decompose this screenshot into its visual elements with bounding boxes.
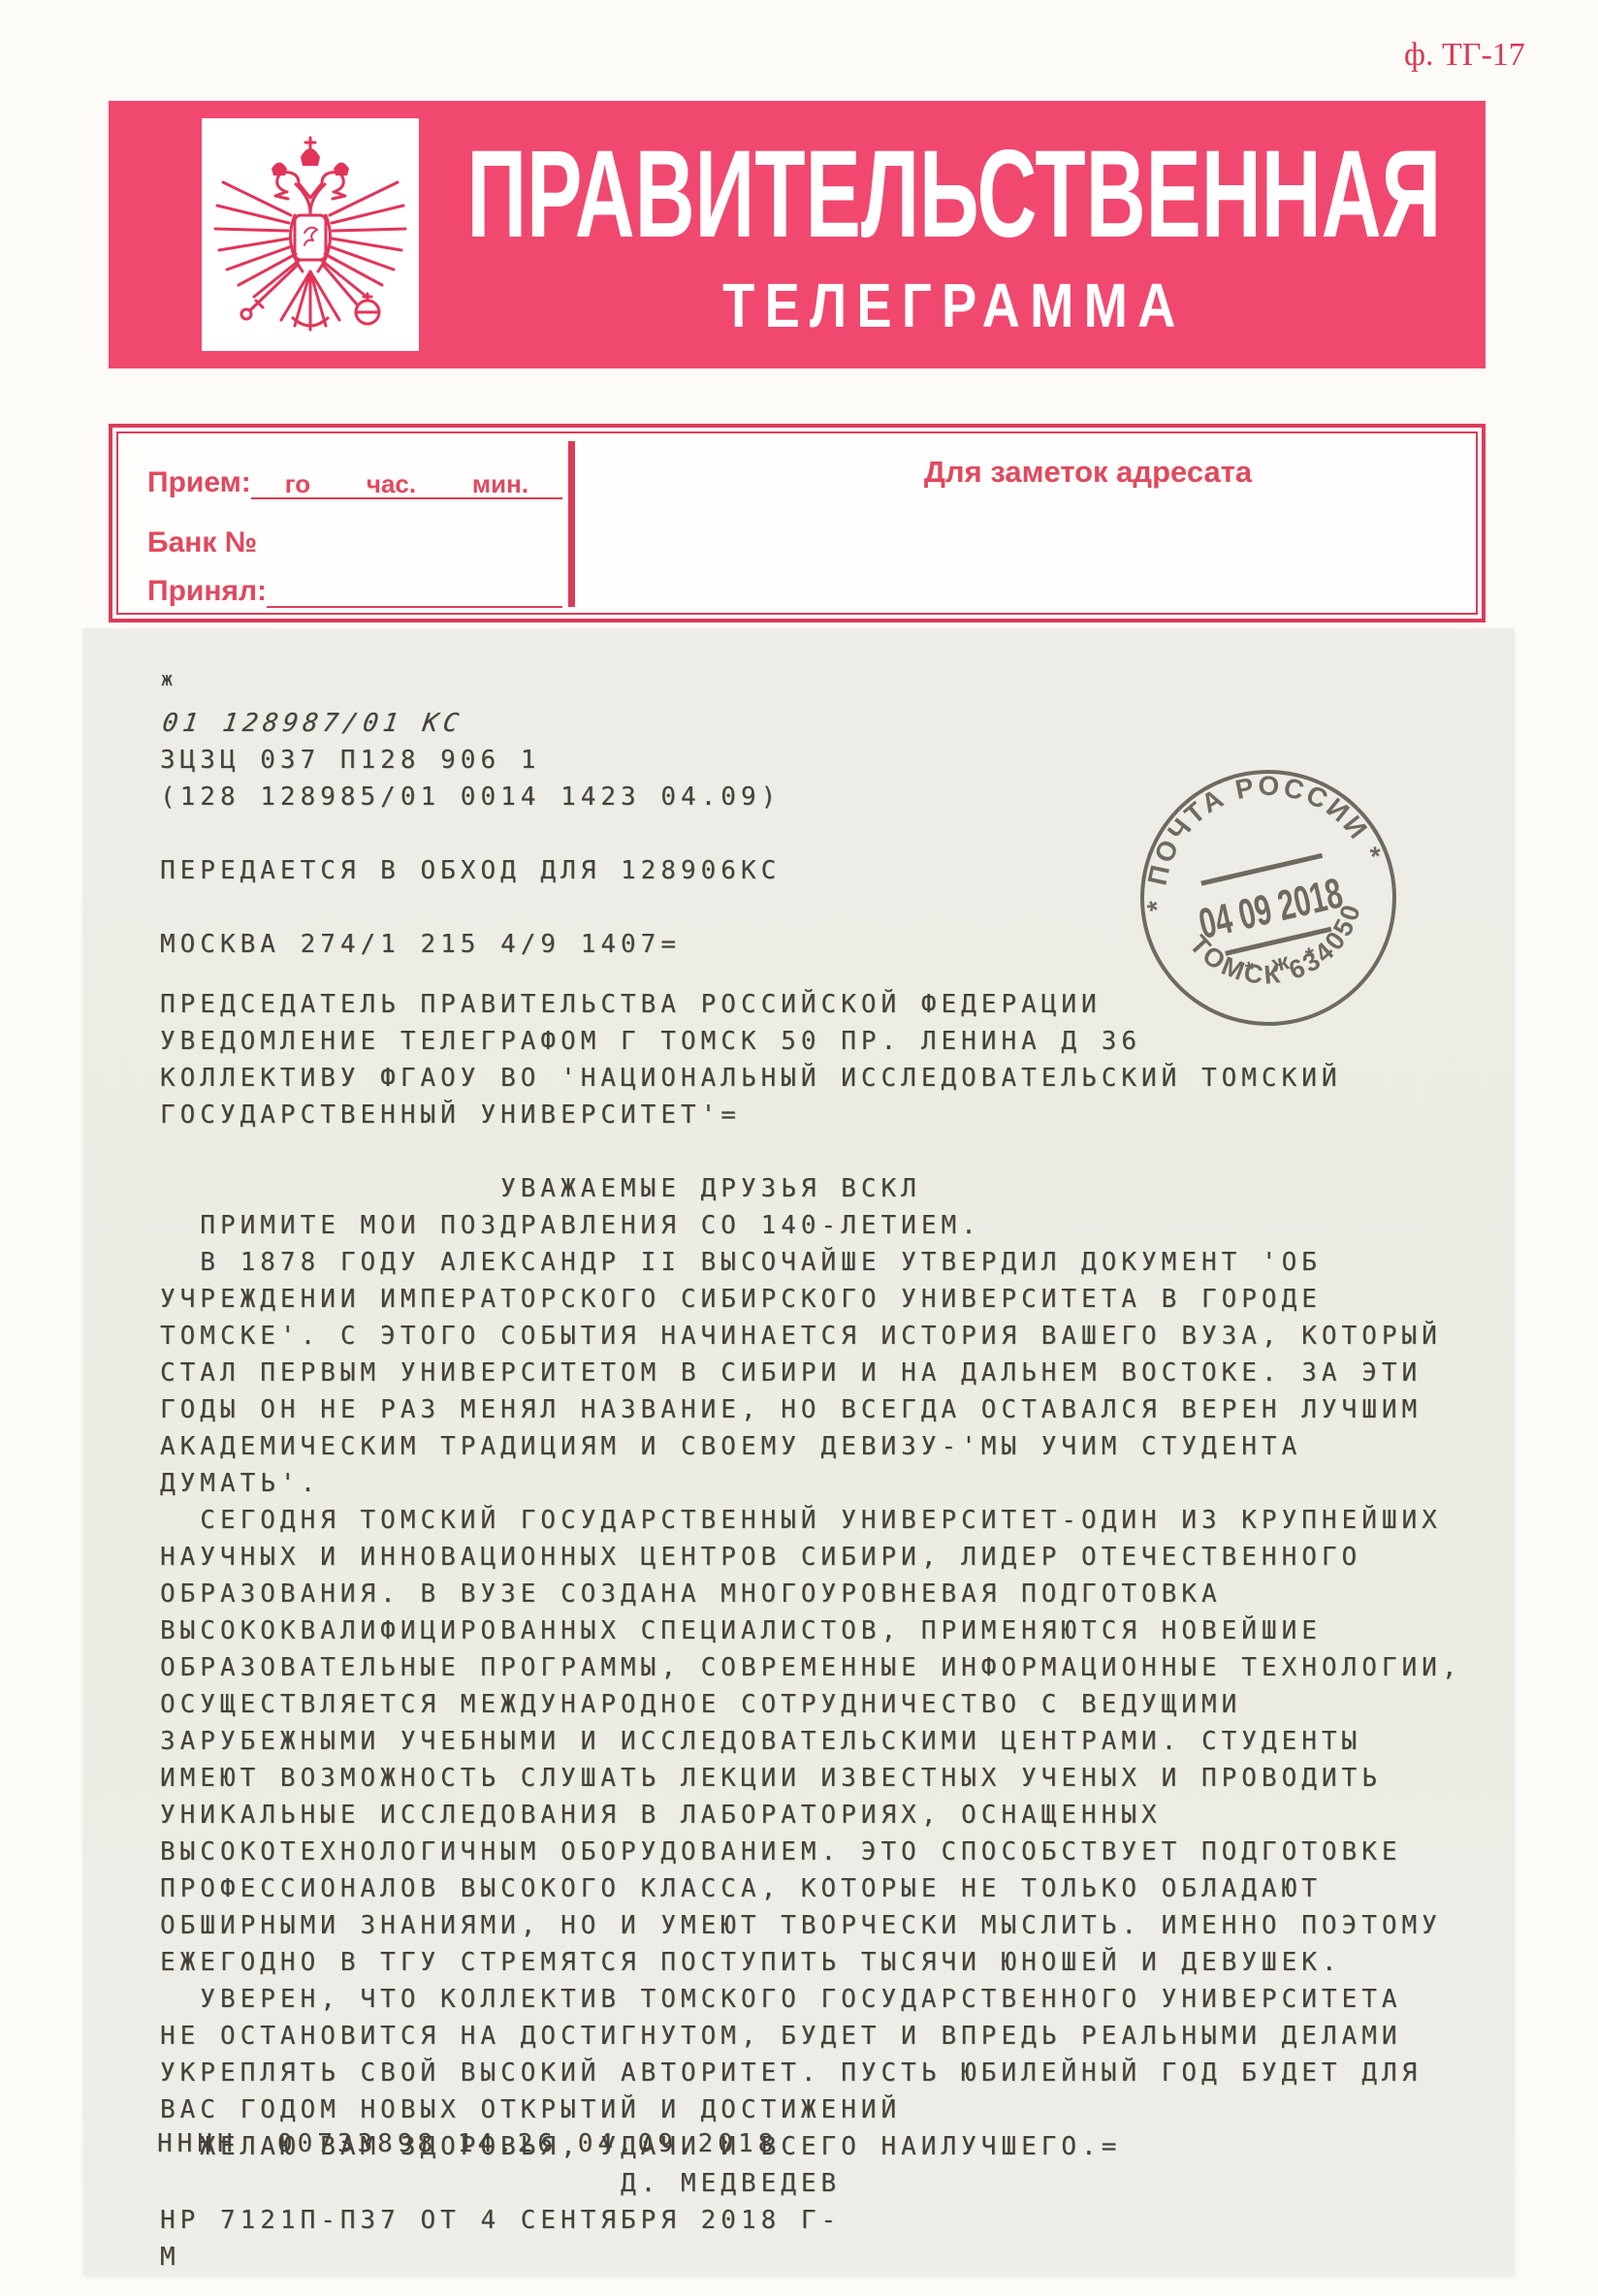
banner-text-block: ПРАВИТЕЛЬСТВЕННАЯ ТЕЛЕГРАММА	[429, 130, 1480, 368]
coat-of-arms-box	[202, 118, 419, 351]
prinyal-blank-field	[267, 605, 562, 608]
unit-chas: час.	[367, 471, 416, 496]
bank-label: Банк №	[147, 526, 257, 558]
origin-line: МОСКВА 274/1 215 4/9 1407=	[160, 926, 681, 963]
priem-blank-field: го час. мин.	[251, 471, 562, 499]
banner-title: ПРАВИТЕЛЬСТВЕННАЯ	[467, 130, 1442, 260]
prinyal-label: Принял:	[147, 575, 267, 608]
priem-row: Прием: го час. мин.	[147, 466, 562, 499]
routing-lines: ЗЦЗЦ 037 П128 906 1 (128 128985/01 0014 …	[160, 742, 781, 815]
unit-min: мин.	[472, 471, 528, 496]
reception-form-box: Прием: го час. мин. Банк № Принял: Для з…	[109, 424, 1486, 622]
telegram-body-text: ПРЕДСЕДАТЕЛЬ ПРАВИТЕЛЬСТВА РОССИЙСКОЙ ФЕ…	[160, 986, 1461, 2276]
priem-label: Прием:	[147, 466, 251, 499]
transit-line: ПЕРЕДАЕТСЯ В ОБХОД ДЛЯ 128906КС	[160, 852, 781, 889]
prinyal-row: Принял:	[147, 575, 562, 608]
printer-mark-glyph: ж	[161, 669, 177, 688]
form-code-label: ф. ТГ-17	[1404, 37, 1525, 74]
notes-header: Для заметок адресата	[826, 455, 1350, 490]
form-divider-line	[568, 441, 575, 607]
telegram-scan-page: ф. ТГ-17	[0, 0, 1598, 2296]
unit-go: го	[285, 471, 310, 496]
routing-line-slanted: 01 128987/01 КС	[160, 705, 465, 742]
bank-row: Банк №	[147, 526, 257, 559]
banner-subtitle: ТЕЛЕГРАММА	[722, 270, 1186, 341]
government-telegram-banner: ПРАВИТЕЛЬСТВЕННАЯ ТЕЛЕГРАММА	[109, 101, 1486, 368]
telegram-footer-line: НННН 00733898 14.26 04.09.2018	[157, 2125, 778, 2162]
